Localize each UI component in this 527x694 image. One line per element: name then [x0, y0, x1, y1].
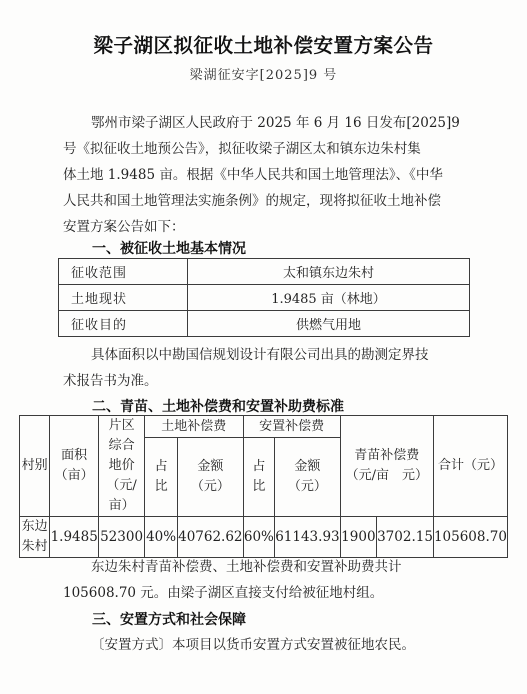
cell-village: 东边朱村 — [20, 517, 50, 558]
header-resettle-amount: 金额（元） — [275, 438, 340, 517]
table-row: 征收范围 太和镇东边朱村 — [59, 259, 470, 285]
header-area: 面积（亩） — [50, 416, 99, 517]
intro-paragraph: 鄂州市梁子湖区人民政府于 2025 年 6 月 16 日发布[2025]9 号《… — [63, 110, 463, 240]
compensation-table: 村别 面积（亩） 片区 综合 地价 （元/ 亩） 土地补偿费 安置补偿费 青苗补… — [19, 415, 508, 558]
summary-line: 东边朱村青苗补偿费、土地补偿费和安置补助费共计 — [63, 554, 463, 580]
header-village: 村别 — [20, 416, 50, 517]
cell-land-price: 52300 — [99, 517, 145, 558]
intro-line: 人民共和国土地管理法实施条例》的规定，现将拟征收土地补偿 — [63, 188, 463, 214]
cell-total: 105608.70 — [433, 517, 507, 558]
header-land-price: 片区 综合 地价 （元/ 亩） — [99, 416, 145, 517]
intro-line: 体土地 1.9485 亩。根据《中华人民共和国土地管理法》、《中华 — [63, 162, 463, 188]
label-cell: 征收目的 — [59, 311, 188, 337]
summary-paragraph: 东边朱村青苗补偿费、土地补偿费和安置补助费共计 105608.70 元。由梁子湖… — [63, 554, 463, 606]
area-note: 具体面积以中勘国信规划设计有限公司出具的勘测定界技 术报告书为准。 — [63, 342, 463, 394]
label-cell: 征收范围 — [59, 259, 188, 285]
section1-heading: 一、被征收土地基本情况 — [92, 238, 246, 258]
header-total: 合计（元） — [433, 416, 507, 517]
header-row: 村别 面积（亩） 片区 综合 地价 （元/ 亩） 土地补偿费 安置补偿费 青苗补… — [20, 416, 508, 438]
header-crop-compensation: 青苗补偿费（元/亩 元） — [340, 416, 433, 517]
cell-area: 1.9485 — [50, 517, 99, 558]
cell-land-amount: 40762.62 — [178, 517, 243, 558]
intro-line: 鄂州市梁子湖区人民政府于 2025 年 6 月 16 日发布[2025]9 — [63, 110, 463, 136]
resettlement-line: 〔安置方式〕本项目以货币安置方式安置被征地农民。 — [63, 632, 463, 658]
header-land-ratio: 占比 — [145, 438, 178, 517]
cell-crop-amount: 3702.15 — [377, 517, 434, 558]
summary-line: 105608.70 元。由梁子湖区直接支付给被征地村组。 — [63, 580, 463, 606]
cell-crop-rate: 1900 — [340, 517, 376, 558]
intro-line: 安置方案公告如下： — [63, 214, 463, 240]
header-land-compensation: 土地补偿费 — [145, 416, 243, 438]
resettlement-paragraph: 〔安置方式〕本项目以货币安置方式安置被征地农民。 — [63, 632, 463, 658]
note-line: 术报告书为准。 — [63, 368, 463, 394]
label-cell: 土地现状 — [59, 285, 188, 311]
document-title: 梁子湖区拟征收土地补偿安置方案公告 — [0, 30, 527, 58]
value-cell: 1.9485 亩（林地） — [188, 285, 470, 311]
section2-heading: 二、青苗、土地补偿费和安置补助费标准 — [92, 396, 344, 416]
header-resettle-ratio: 占比 — [243, 438, 275, 517]
table-row: 东边朱村 1.9485 52300 40% 40762.62 60% 61143… — [20, 517, 508, 558]
cell-land-ratio: 40% — [145, 517, 178, 558]
value-cell: 供燃气用地 — [188, 311, 470, 337]
cell-resettle-amount: 61143.93 — [275, 517, 340, 558]
header-land-amount: 金额（元） — [178, 438, 243, 517]
intro-line: 号《拟征收土地预公告》，拟征收梁子湖区太和镇东边朱村集 — [63, 136, 463, 162]
document-number: 梁湖征安字[2025]9 号 — [0, 64, 527, 83]
note-line: 具体面积以中勘国信规划设计有限公司出具的勘测定界技 — [63, 342, 463, 368]
cell-resettle-ratio: 60% — [243, 517, 275, 558]
section3-heading: 三、安置方式和社会保障 — [92, 609, 246, 629]
land-info-table: 征收范围 太和镇东边朱村 土地现状 1.9485 亩（林地） 征收目的 供燃气用… — [58, 258, 470, 337]
table-row: 土地现状 1.9485 亩（林地） — [59, 285, 470, 311]
value-cell: 太和镇东边朱村 — [188, 259, 470, 285]
table-row: 征收目的 供燃气用地 — [59, 311, 470, 337]
header-resettlement-compensation: 安置补偿费 — [243, 416, 340, 438]
